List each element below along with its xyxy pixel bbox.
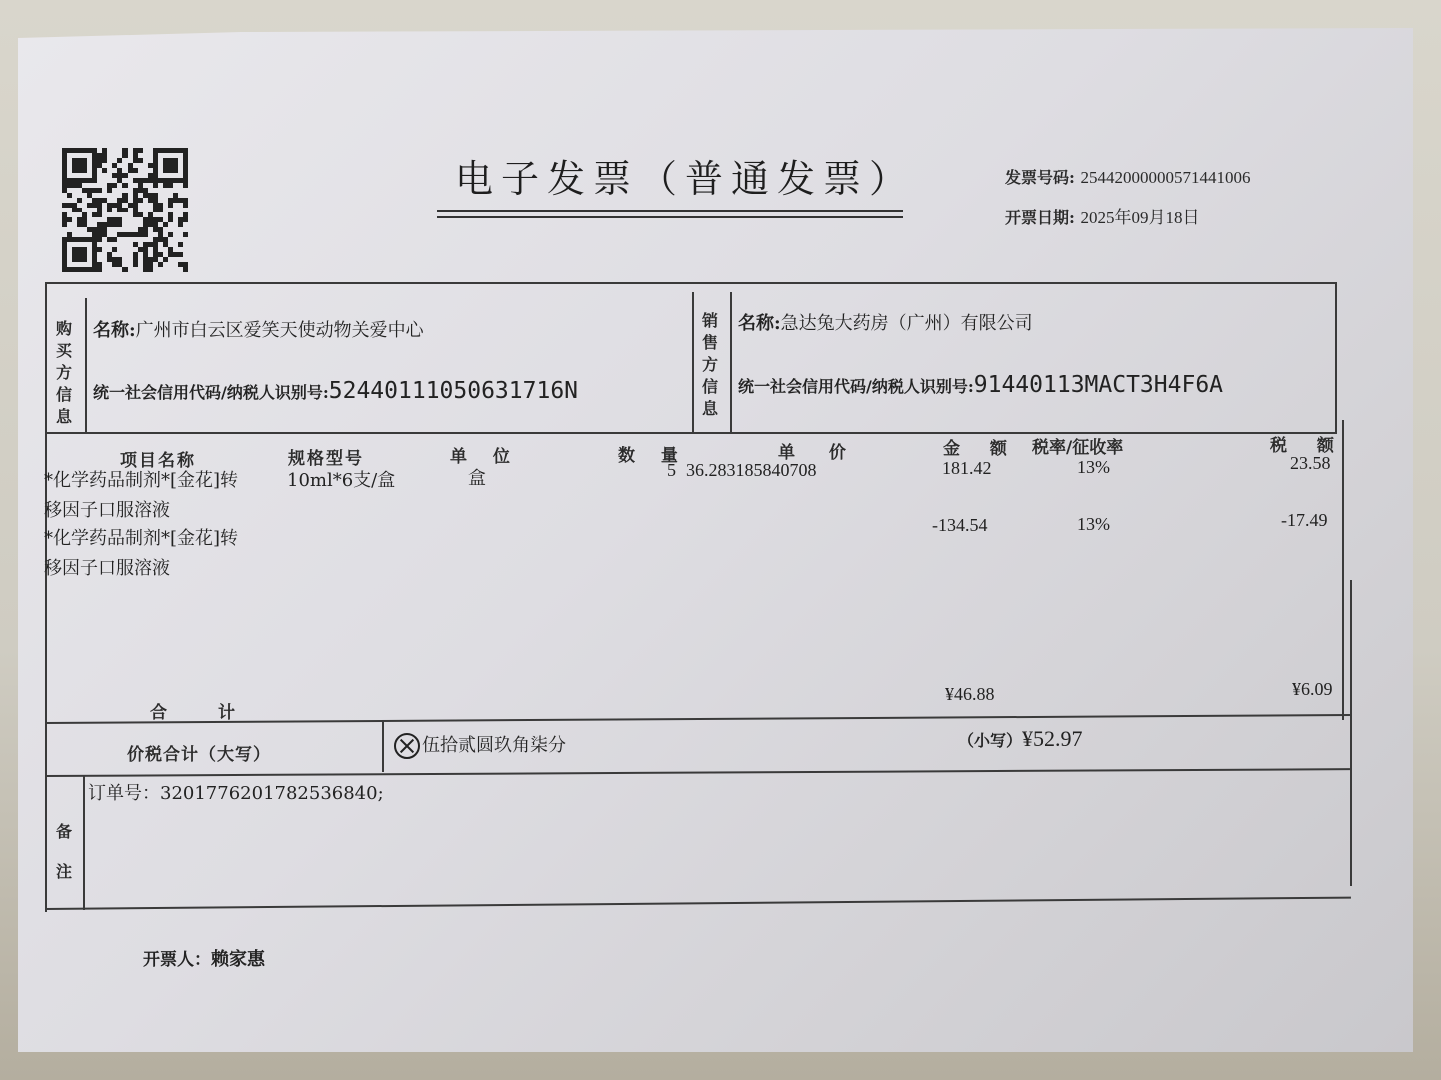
item-1-quantity: 5: [667, 460, 676, 481]
seller-name-label: 名称:: [738, 313, 781, 334]
items-right-border-2: [1350, 580, 1352, 886]
total-tax: ¥6.09: [1292, 679, 1333, 700]
label-char: 售: [699, 332, 721, 354]
label-char: 方: [53, 362, 75, 384]
label-char: 备: [53, 812, 75, 852]
grand-total-lowercase: （小写）¥52.97: [958, 726, 1083, 752]
remarks-section-label: 备 注: [53, 812, 75, 892]
parties-section: [45, 282, 1337, 434]
label-char: 息: [699, 398, 721, 420]
item-1-tax-rate: 13%: [1077, 457, 1110, 478]
label-char: 信: [53, 384, 75, 406]
item-2-name-line1: *化学药品制剂*[金花]转: [44, 524, 238, 550]
divider: [692, 292, 694, 432]
item-1-unit-price: 36.283185840708: [686, 460, 817, 481]
divider: [382, 720, 384, 772]
item-1-name-line1: *化学药品制剂*[金花]转: [44, 466, 238, 492]
seller-name-value: 急达兔大药房（广州）有限公司: [781, 313, 1033, 334]
grand-total-lowercase-value: ¥52.97: [1022, 726, 1083, 751]
header-amount: 金 额: [943, 434, 1019, 459]
divider: [85, 298, 87, 434]
item-1-spec: 10ml*6支/盒: [287, 466, 395, 492]
item-2-amount: -134.54: [932, 515, 988, 536]
buyer-name-value: 广州市白云区爱笑天使动物关爱中心: [136, 320, 424, 341]
seller-tax-id: 统一社会信用代码/纳税人识别号:91440113MACT3H4F6A: [738, 372, 1223, 398]
seller-section-label: 销 售 方 信 息: [699, 310, 721, 420]
label-char: 息: [53, 406, 75, 428]
item-1-amount: 181.42: [942, 458, 992, 479]
total-label: 合 计: [150, 698, 235, 723]
item-2-name-line2: 移因子口服溶液: [44, 554, 170, 580]
label-char: 注: [53, 852, 75, 892]
invoice-title: 电子发票（普通发票）: [455, 148, 915, 203]
buyer-section-label: 购 买 方 信 息: [53, 318, 75, 428]
label-char: 购: [53, 318, 75, 340]
invoice-number: 发票号码: 25442000000571441006: [1005, 165, 1251, 188]
buyer-tax-id-value: 52440111050631716N: [329, 378, 578, 404]
title-underline: [437, 210, 903, 212]
label-char: 买: [53, 340, 75, 362]
seller-tax-id-value: 91440113MACT3H4F6A: [974, 372, 1223, 398]
item-1-tax: 23.58: [1290, 453, 1331, 474]
buyer-tax-id: 统一社会信用代码/纳税人识别号:52440111050631716N: [93, 378, 578, 404]
seller-name: 名称:急达兔大药房（广州）有限公司: [738, 309, 1033, 335]
title-underline-2: [437, 216, 903, 218]
issuer: 开票人：赖家惠: [143, 945, 265, 971]
grand-total-lowercase-label: （小写）: [958, 731, 1022, 750]
item-2-tax: -17.49: [1281, 510, 1328, 531]
item-1-unit: 盒: [468, 464, 486, 490]
header-quantity: 数 量: [618, 441, 688, 466]
item-1-name-line2: 移因子口服溶液: [44, 496, 170, 522]
seller-tax-id-label: 统一社会信用代码/纳税人识别号:: [738, 377, 974, 396]
invoice-date-value: 2025年09月18日: [1081, 208, 1200, 227]
buyer-tax-id-label: 统一社会信用代码/纳税人识别号:: [93, 383, 329, 402]
total-amount: ¥46.88: [945, 684, 995, 705]
qr-code-icon: [62, 148, 188, 272]
header-tax-rate: 税率/征收率: [1032, 433, 1123, 458]
divider: [83, 776, 85, 910]
invoice-date-label: 开票日期:: [1005, 208, 1075, 227]
items-right-border: [1342, 420, 1344, 720]
invoice-number-value: 25442000000571441006: [1081, 168, 1251, 187]
invoice-date: 开票日期: 2025年09月18日: [1005, 203, 1200, 228]
divider: [730, 292, 732, 432]
issuer-name: 赖家惠: [211, 949, 265, 970]
issuer-label: 开票人：: [143, 950, 211, 970]
invoice-number-label: 发票号码:: [1005, 168, 1075, 187]
label-char: 销: [699, 310, 721, 332]
grand-total-uppercase-value: 伍拾贰圆玖角柒分: [422, 735, 566, 756]
item-2-tax-rate: 13%: [1077, 514, 1110, 535]
grand-total-label: 价税合计（大写）: [127, 740, 271, 765]
circled-x-icon: [394, 733, 420, 759]
buyer-name: 名称:广州市白云区爱笑天使动物关爱中心: [93, 316, 424, 342]
buyer-name-label: 名称:: [93, 320, 136, 341]
label-char: 方: [699, 354, 721, 376]
remarks-text: 订单号：3201776201782536840;: [88, 779, 384, 805]
label-char: 信: [699, 376, 721, 398]
grand-total-uppercase: 伍拾贰圆玖角柒分: [394, 731, 566, 759]
